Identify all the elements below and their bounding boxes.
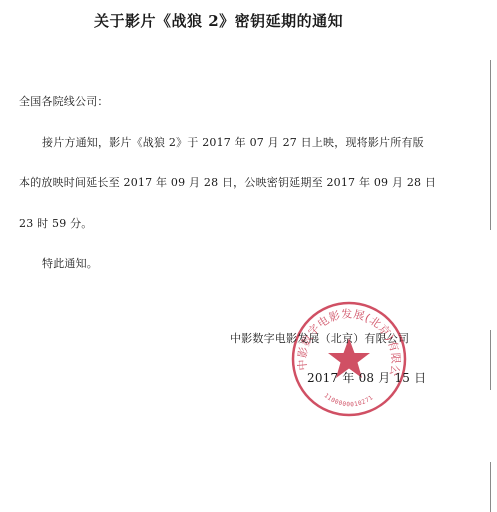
seal-number: 1100000010271 (323, 392, 375, 408)
page-edge-line (490, 462, 491, 512)
document-page: 关于影片《战狼 2》密钥延期的通知 全国各院线公司： 接片方通知，影片《战狼 2… (0, 0, 497, 512)
signing-date: 2017 年 08 月 15 日 (307, 369, 426, 386)
body-paragraph-line: 23 时 59 分。 (19, 215, 92, 231)
addressee: 全国各院线公司： (19, 93, 109, 109)
company-seal-stamp: 中影数字电影发展(北京)有限公司 1100000010271 (290, 300, 408, 418)
closing-paragraph: 特此通知。 (42, 255, 98, 271)
page-edge-line (490, 60, 491, 230)
body-paragraph-line: 接片方通知，影片《战狼 2》于 2017 年 07 月 27 日上映，现将影片所… (42, 134, 424, 150)
signing-organization: 中影数字电影发展（北京）有限公司 (230, 330, 409, 346)
document-title: 关于影片《战狼 2》密钥延期的通知 (94, 10, 343, 31)
page-edge-line (490, 330, 491, 390)
svg-text:1100000010271: 1100000010271 (323, 392, 375, 408)
body-paragraph-line: 本的放映时间延长至 2017 年 09 月 28 日，公映密钥延期至 2017 … (19, 174, 436, 190)
